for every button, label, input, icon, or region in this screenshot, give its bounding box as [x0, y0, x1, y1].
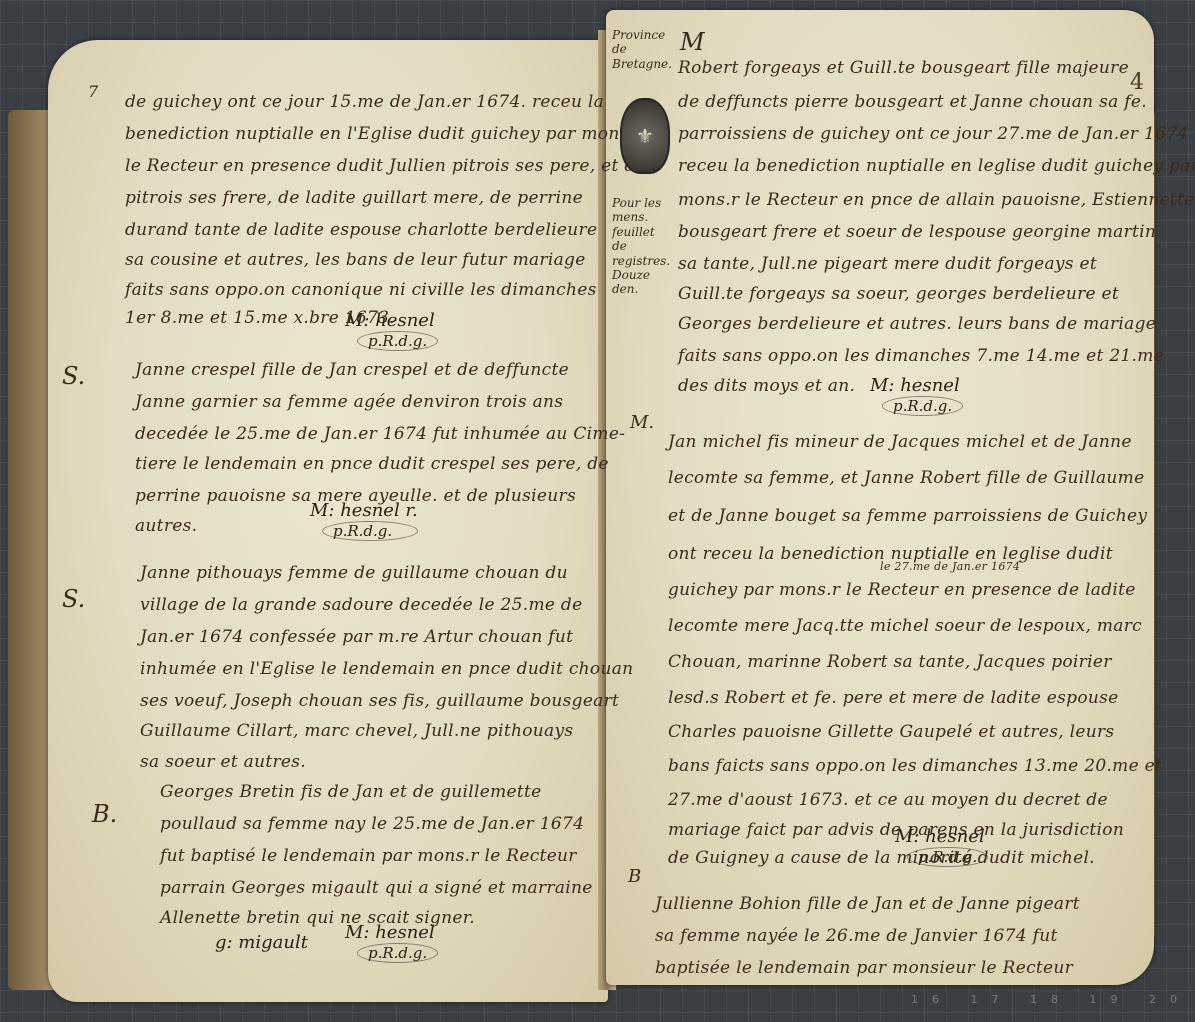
interlinear-note: le 27.me de Jan.er 1674: [880, 560, 1020, 573]
text-line: Janne pithouays femme de guillaume choua…: [140, 563, 568, 583]
text-line: pitrois ses frere, de ladite guillart me…: [125, 188, 583, 208]
text-line: Robert forgeays et Guill.te bousgeart fi…: [678, 58, 1129, 78]
text-line: benediction nuptialle en l'Eglise dudit …: [125, 124, 643, 144]
text-line: inhumée en l'Eglise le lendemain en pnce…: [140, 659, 633, 679]
text-line: sa femme nayée le 26.me de Janvier 1674 …: [655, 926, 1058, 946]
text-line: lecomte sa femme, et Janne Robert fille …: [668, 468, 1144, 488]
margin-letter-sepulture: S.: [62, 585, 85, 613]
text-line: village de la grande sadoure decedée le …: [140, 595, 582, 615]
text-line: sa soeur et autres.: [140, 752, 306, 772]
text-line: Guillaume Cillart, marc chevel, Jull.ne …: [140, 721, 573, 741]
text-line: bousgeart frere et soeur de lespouse geo…: [678, 222, 1156, 242]
margin-letter-mariage: M: [680, 28, 705, 56]
margin-letter-sepulture: S.: [62, 362, 85, 390]
text-line: sa tante, Jull.ne pigeart mere dudit for…: [678, 254, 1097, 274]
text-line: Charles pauoisne Gillette Gaupelé et aut…: [668, 722, 1114, 742]
text-line: fut baptisé le lendemain par mons.r le R…: [160, 846, 577, 866]
margin-letter-mariage: M.: [630, 412, 654, 433]
text-line: baptisée le lendemain par monsieur le Re…: [655, 958, 1073, 978]
signature-hesnel: M: hesnel p.R.d.g.: [345, 922, 438, 963]
text-line: decedée le 25.me de Jan.er 1674 fut inhu…: [135, 424, 625, 444]
text-line: faits sans oppo.on les dimanches 7.me 14…: [678, 346, 1164, 366]
text-line: tiere le lendemain en pnce dudit crespel…: [135, 454, 609, 474]
text-line: durand tante de ladite espouse charlotte…: [125, 220, 597, 240]
signature-hesnel: M: hesnel p.R.d.g.: [895, 826, 988, 867]
text-line: 27.me d'aoust 1673. et ce au moyen du de…: [668, 790, 1108, 810]
signature-migault: g: migault: [215, 932, 308, 953]
scan-ruler: 16 17 18 19 20: [911, 993, 1191, 1006]
text-line: lesd.s Robert et fe. pere et mere de lad…: [668, 688, 1119, 708]
text-line: Chouan, marinne Robert sa tante, Jacques…: [668, 652, 1112, 672]
text-line: Georges Bretin fis de Jan et de guilleme…: [160, 782, 542, 802]
text-line: receu la benediction nuptialle en leglis…: [678, 156, 1195, 176]
signature-hesnel: M: hesnel p.R.d.g.: [870, 375, 963, 416]
text-line: Jullienne Bohion fille de Jan et de Jann…: [655, 894, 1080, 914]
fleur-de-lis-stamp-icon: ⚜: [620, 98, 670, 174]
stamp-caption: Province de Bretagne.: [612, 28, 672, 71]
text-line: sa cousine et autres, les bans de leur f…: [125, 250, 586, 270]
text-line: Jan.er 1674 confessée par m.re Artur cho…: [140, 627, 573, 647]
signature-hesnel: M: hesnel r. p.R.d.g.: [310, 500, 418, 541]
text-line: ses voeuf, Joseph chouan ses fis, guilla…: [140, 691, 619, 711]
signature-hesnel: M: hesnel p.R.d.g.: [345, 310, 438, 351]
text-line: et de Janne bouget sa femme parroissiens…: [668, 506, 1147, 526]
text-line: de deffuncts pierre bousgeart et Janne c…: [678, 92, 1147, 112]
text-line: parroissiens de guichey ont ce jour 27.m…: [678, 124, 1188, 144]
text-line: de Guigney a cause de la minorité dudit …: [668, 848, 1095, 868]
text-line: des dits moys et an.: [678, 376, 855, 396]
text-line: poullaud sa femme nay le 25.me de Jan.er…: [160, 814, 584, 834]
text-line: parrain Georges migault qui a signé et m…: [160, 878, 593, 898]
text-line: Janne crespel fille de Jan crespel et de…: [135, 360, 569, 380]
text-line: bans faicts sans oppo.on les dimanches 1…: [668, 756, 1162, 776]
text-line: faits sans oppo.on canonique ni civille …: [125, 280, 597, 300]
text-line: de guichey ont ce jour 15.me de Jan.er 1…: [125, 92, 604, 112]
text-line: Janne garnier sa femme agée denviron tro…: [135, 392, 563, 412]
left-corner-mark: 7: [88, 82, 98, 101]
text-line: guichey par mons.r le Recteur en presenc…: [668, 580, 1136, 600]
text-line: le Recteur en presence dudit Jullien pit…: [125, 156, 646, 176]
text-line: lecomte mere Jacq.tte michel soeur de le…: [668, 616, 1142, 636]
text-line: Georges berdelieure et autres. leurs ban…: [678, 314, 1156, 334]
text-line: Guill.te forgeays sa soeur, georges berd…: [678, 284, 1119, 304]
text-line: autres.: [135, 516, 197, 536]
margin-letter-bapteme: B: [628, 866, 641, 887]
margin-letter-bapteme: B.: [92, 800, 117, 828]
text-line: Jan michel fis mineur de Jacques michel …: [668, 432, 1132, 452]
text-line: mons.r le Recteur en pnce de allain pauo…: [678, 190, 1195, 210]
stamp-margin-note: Pour les mens. feuillet de registres. Do…: [612, 196, 672, 297]
